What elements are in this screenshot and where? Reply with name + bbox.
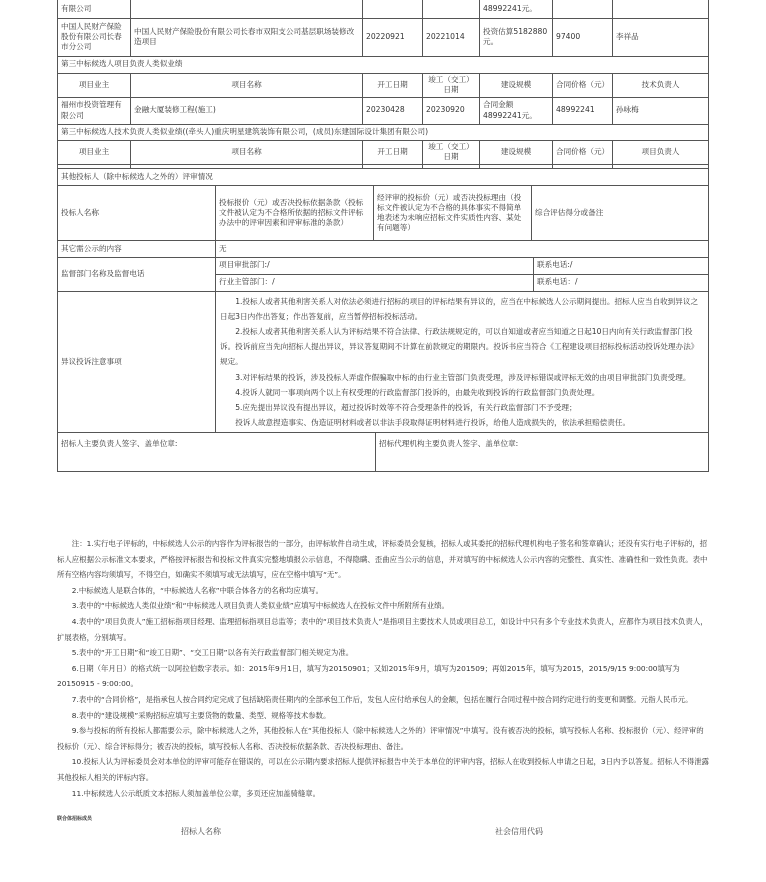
candidate-table-wrapper: 有限公司 48992241元。 中国人民财产保险股份有限公司长春市分公司 中国人…: [57, 0, 708, 472]
cell: [613, 0, 709, 18]
header-cell: 开工日期: [363, 140, 423, 164]
table-row: 招标人主要负责人签字、盖单位章: 招标代理机构主要负责人签字、盖单位章:: [58, 433, 709, 471]
table-row: 异议投诉注意事项 1.投标人或者其他利害关系人对依法必须进行招标的项目的评标结果…: [58, 291, 709, 433]
header-cell: 项目业主: [58, 73, 131, 97]
cell: 投资估算5182880元。: [480, 18, 553, 56]
header-cell: 建设规模: [480, 140, 553, 164]
section-row: 其他投标人（除中标候选人之外的）评审情况: [58, 169, 709, 186]
signature-table: 招标人主要负责人签字、盖单位章: 招标代理机构主要负责人签字、盖单位章:: [57, 433, 709, 472]
section-row: 第三中标候选人技术负责人类似业绩((牵头人)重庆明星建筑装饰有限公司，(成员)东…: [58, 124, 709, 140]
cell: 20230920: [423, 97, 480, 124]
note-item: 6.日期（年月日）的格式统一以阿拉伯数字表示。如：2015年9月1日，填写为20…: [57, 661, 710, 692]
cell: 李祥品: [613, 18, 709, 56]
empty-row: [58, 164, 709, 168]
header-cell: 竣工（交工）日期: [423, 140, 480, 164]
note-item: 3.表中的“中标候选人类似业绩”和“中标候选人项目负责人类似业绩”应填写中标候选…: [57, 598, 710, 614]
header-cell: 投标报价（元）或否决投标依据条款（投标文件被认定为不合格所依据的招标文件评标办法…: [216, 186, 374, 241]
table-row: 有限公司 48992241元。: [58, 0, 709, 18]
header-cell: 技术负责人: [613, 73, 709, 97]
section-title: 第三中标候选人技术负责人类似业绩((牵头人)重庆明星建筑装饰有限公司，(成员)东…: [58, 124, 709, 140]
note-item: 11.中标候选人公示纸质文本招标人须加盖单位公章，多页还应加盖骑缝章。: [57, 786, 710, 802]
cell: 福州市投资管理有限公司: [58, 97, 131, 124]
section-row: 第三中标候选人项目负责人类似业绩: [58, 56, 709, 73]
cell: [553, 0, 613, 18]
section-title: 第三中标候选人项目负责人类似业绩: [58, 56, 709, 73]
note-item: 9.参与投标的所有投标人都需要公示，除中标候选人之外，其他投标人在“其他投标人（…: [57, 723, 710, 754]
header-cell: 项目名称: [131, 140, 363, 164]
header-cell: 建设规模: [480, 73, 553, 97]
header-cell: 项目名称: [131, 73, 363, 97]
objection-cell: 1.投标人或者其他利害关系人对依法必须进行招标的项目的评标结果有异议的，应当在中…: [216, 291, 709, 433]
cell: 20230428: [363, 97, 423, 124]
header-cell: 项目负责人: [613, 140, 709, 164]
table-row: 其它需公示的内容 无: [58, 241, 709, 257]
section-title: 其他投标人（除中标候选人之外的）评审情况: [58, 169, 709, 186]
table-row: 中国人民财产保险股份有限公司长春市分公司 中国人民财产保险股份有限公司长春市双阳…: [58, 18, 709, 56]
header-cell: 合同价格（元）: [553, 140, 613, 164]
table-row: 监督部门名称及监督电话 项目审批部门:/ 联系电话:/: [58, 257, 709, 274]
note-item: 5.表中的“开工日期”和“竣工日期”、“交工日期”以各有关行政监督部门相关规定为…: [57, 645, 710, 661]
cell: [423, 0, 480, 18]
cell: 合同金额48992241元。: [480, 97, 553, 124]
dept-cell: 项目审批部门:/: [216, 257, 534, 274]
header-row: 项目业主 项目名称 开工日期 竣工（交工）日期 建设规模 合同价格（元） 技术负…: [58, 73, 709, 97]
note-item: 10.投标人认为评标委员会对本单位的评审可能存在错误的，可以在公示期内要求招标人…: [57, 754, 710, 785]
cell: 97400: [553, 18, 613, 56]
cell: 中国人民财产保险股份有限公司长春市双阳支公司基层职场装修改造项目: [131, 18, 363, 56]
objection-item: 4.投诉人就同一事项向两个以上有权受理的行政监督部门投诉的，由最先收到投诉的行政…: [220, 385, 704, 400]
tenderer-signature: 招标人主要负责人签字、盖单位章:: [58, 433, 376, 471]
header-cell: 合同价格（元）: [553, 73, 613, 97]
cell: 48992241: [553, 97, 613, 124]
note-item: 8.表中的“建设规模”采购招标应填写主要货物的数量、类型、规格等技术参数。: [57, 708, 710, 724]
label-cell: 监督部门名称及监督电话: [58, 257, 216, 291]
tenderer-name-heading: 招标人名称: [181, 827, 221, 838]
cell: [131, 0, 363, 18]
cell: 有限公司: [58, 0, 131, 18]
note-item: 7.表中的“合同价格”，是指承包人按合同约定完成了包括缺陷责任期内的全部承包工作…: [57, 692, 710, 708]
header-row: 投标人名称 投标报价（元）或否决投标依据条款（投标文件被认定为不合格所依据的招标…: [58, 186, 709, 241]
objection-item: 2.投标人或者其他利害关系人认为评标结果不符合法律、行政法规规定的，可以自知道或…: [220, 324, 704, 370]
header-cell: 项目业主: [58, 140, 131, 164]
dept-cell: 行业主管部门：/: [216, 274, 534, 291]
cell: 20220921: [363, 18, 423, 56]
agency-signature: 招标代理机构主要负责人签字、盖单位章:: [376, 433, 709, 471]
label-cell: 异议投诉注意事项: [58, 291, 216, 433]
phone-cell: 联系电话:/: [534, 257, 709, 274]
cell: 孙咏梅: [613, 97, 709, 124]
cell: 中国人民财产保险股份有限公司长春市分公司: [58, 18, 131, 56]
cell: [363, 0, 423, 18]
evaluation-table: 其他投标人（除中标候选人之外的）评审情况 投标人名称 投标报价（元）或否决投标依…: [57, 169, 709, 242]
table-row: 福州市投资管理有限公司 金融大厦装修工程(施工) 20230428 202309…: [58, 97, 709, 124]
notes: 注：1.实行电子评标的，中标候选人公示的内容作为评标报告的一部分，由评标软件自动…: [57, 536, 710, 801]
header-cell: 竣工（交工）日期: [423, 73, 480, 97]
credit-code-heading: 社会信用代码: [495, 827, 543, 838]
header-cell: 投标人名称: [58, 186, 216, 241]
objection-item: 1.投标人或者其他利害关系人对依法必须进行招标的项目的评标结果有异议的，应当在中…: [220, 294, 704, 324]
header-cell: 开工日期: [363, 73, 423, 97]
objection-item: 投诉人故意捏造事实、伪造证明材料或者以非法手段取得证明材料进行投诉，给他人造成损…: [220, 415, 704, 430]
header-cell: 经评审的投标价（元）或否决投标理由（投标文件被认定为不合格的具体事实不得简单地表…: [374, 186, 532, 241]
phone-cell: 联系电话：/: [534, 274, 709, 291]
value-cell: 无: [216, 241, 709, 257]
cell: 金融大厦装修工程(施工): [131, 97, 363, 124]
label-cell: 其它需公示的内容: [58, 241, 216, 257]
header-cell: 综合评估得分或备注: [532, 186, 709, 241]
cell: 48992241元。: [480, 0, 553, 18]
joint-members-label: 联合体招标成员: [57, 816, 92, 823]
header-row: 项目业主 项目名称 开工日期 竣工（交工）日期 建设规模 合同价格（元） 项目负…: [58, 140, 709, 164]
objection-item: 5.应先提出异议没有提出异议，超过投诉时效等不符合受理条件的投诉，有关行政监督部…: [220, 400, 704, 415]
info-table: 其它需公示的内容 无 监督部门名称及监督电话 项目审批部门:/ 联系电话:/ 行…: [57, 241, 709, 433]
objection-item: 3.对评标结果的投诉，涉及投标人弄虚作假骗取中标的由行业主管部门负责受理，涉及评…: [220, 370, 704, 385]
note-item: 2.中标候选人是联合体的，“中标候选人名称”中联合体各方的名称均应填写。: [57, 583, 710, 599]
note-item: 4.表中的“项目负责人”施工招标指项目经理、监理招标指项目总监等；表中的“项目技…: [57, 614, 710, 645]
candidate-table: 有限公司 48992241元。 中国人民财产保险股份有限公司长春市分公司 中国人…: [57, 0, 709, 169]
note-item: 注：1.实行电子评标的，中标候选人公示的内容作为评标报告的一部分，由评标软件自动…: [57, 536, 710, 583]
cell: 20221014: [423, 18, 480, 56]
